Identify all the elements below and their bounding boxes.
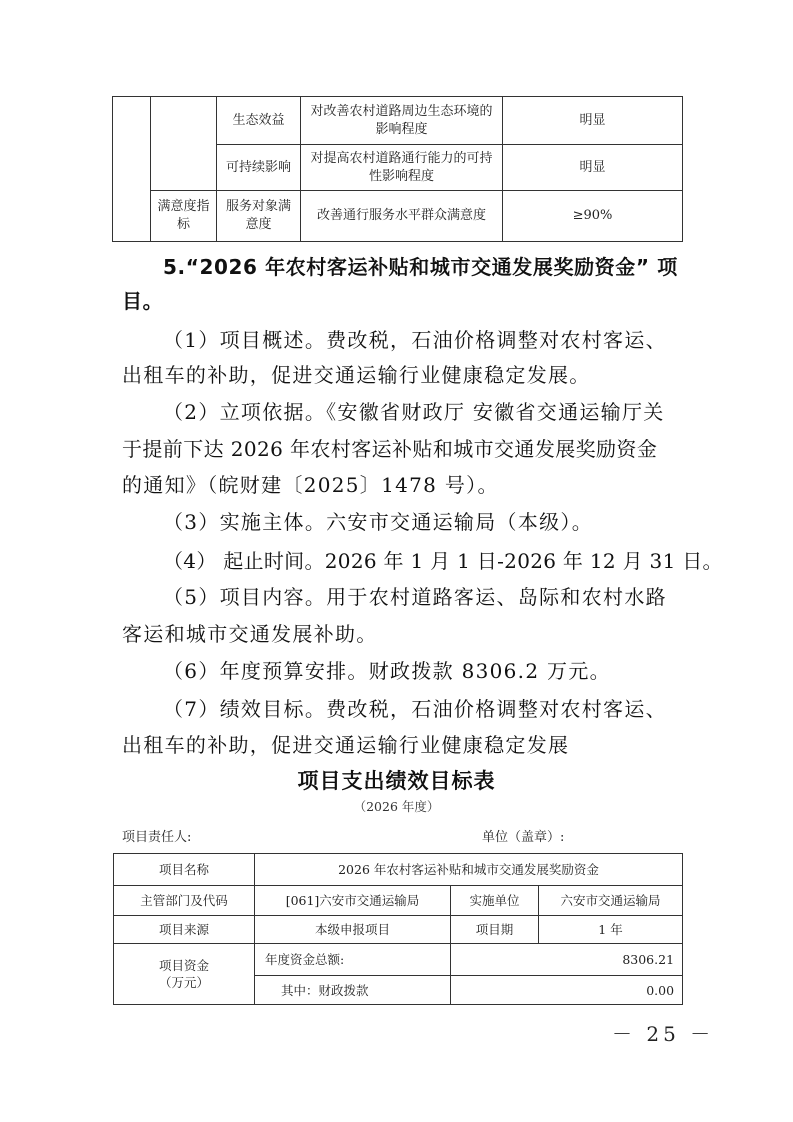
responsible-person-label: 项目责任人: [122,826,191,845]
annual-total-value: 8306.21 [451,944,683,976]
project-name-label: 项目名称 [114,854,255,886]
project-source-label: 项目来源 [114,916,255,944]
department-label: 主管部门及代码 [114,886,255,916]
project-period-label: 项目期 [451,916,539,944]
implementing-unit-value: 六安市交通运输局 [539,886,683,916]
indicator-cell: 改善通行服务水平群众满意度 [301,191,503,242]
sub-indicator-cell: 生态效益 [217,97,301,145]
paragraph-line: 出租车的补助，促进交通运输行业健康稳定发展。 [122,357,682,394]
indicator-cell: 对提高农村道路通行能力的可持性影响程度 [301,145,503,191]
department-value: [061]六安市交通运输局 [255,886,451,916]
sub-indicator-cell: 可持续影响 [217,145,301,191]
paragraph-line: （5）项目内容。用于农村道路客运、岛际和农村水路 [163,579,723,616]
project-funds-label: 项目资金 （万元） [114,944,255,1005]
annual-total-label: 年度资金总额: [255,944,451,976]
level2-indicator-cell [151,97,217,191]
paragraph-line: （4） 起止时间。2026 年 1 月 1 日-2026 年 12 月 31 日… [163,543,723,580]
section-heading: 5.“2026 年农村客运补贴和城市交通发展奖励资金” 项 [163,249,723,286]
paragraph-line: （2）立项依据。《安徽省财政厅 安徽省交通运输厅关 [163,394,723,431]
implementing-unit-label: 实施单位 [451,886,539,916]
page-number: － 25 － [612,1018,714,1047]
target-value-cell: ≥90% [503,191,683,242]
paragraph-line: 的通知》（皖财建〔2025〕1478 号）。 [122,467,682,504]
indicator-cell: 对改善农村道路周边生态环境的影响程度 [301,97,503,145]
paragraph-line: （1）项目概述。费改税，石油价格调整对农村客运、 [163,322,723,359]
project-name-value: 2026 年农村客运补贴和城市交通发展奖励资金 [255,854,683,886]
project-source-value: 本级申报项目 [255,916,451,944]
target-value-cell: 明显 [503,145,683,191]
project-period-value: 1 年 [539,916,683,944]
paragraph-line: 出租车的补助，促进交通运输行业健康稳定发展 [122,727,682,764]
fiscal-allocation-value: 0.00 [451,976,683,1005]
section-heading-cont: 目。 [122,283,682,320]
category-cell: 满意度指标 [151,191,217,242]
table-title: 项目支出绩效目标表 [0,765,793,795]
project-funds-title: 项目资金 [118,957,250,974]
paragraph-line: （7）绩效目标。费改税，石油价格调整对农村客运、 [163,691,723,728]
table-subtitle: （2026 年度） [0,797,793,815]
paragraph-line: 于提前下达 2026 年农村客运补贴和城市交通发展奖励资金 [122,431,682,468]
performance-target-table: 项目名称 2026 年农村客运补贴和城市交通发展奖励资金 主管部门及代码 [06… [113,853,683,1005]
level1-indicator-cell [113,97,151,242]
paragraph-line: 客运和城市交通发展补助。 [122,616,682,653]
paragraph-line: （3）实施主体。六安市交通运输局（本级）。 [163,504,723,541]
sub-indicator-cell: 服务对象满意度 [217,191,301,242]
performance-indicator-table-continued: 生态效益 对改善农村道路周边生态环境的影响程度 明显 可持续影响 对提高农村道路… [112,96,683,242]
paragraph-line: （6）年度预算安排。财政拨款 8306.2 万元。 [163,653,723,690]
project-funds-unit: （万元） [118,974,250,991]
fiscal-allocation-label: 其中：财政拨款 [255,976,451,1005]
target-value-cell: 明显 [503,97,683,145]
unit-seal-label: 单位（盖章）: [482,826,564,845]
